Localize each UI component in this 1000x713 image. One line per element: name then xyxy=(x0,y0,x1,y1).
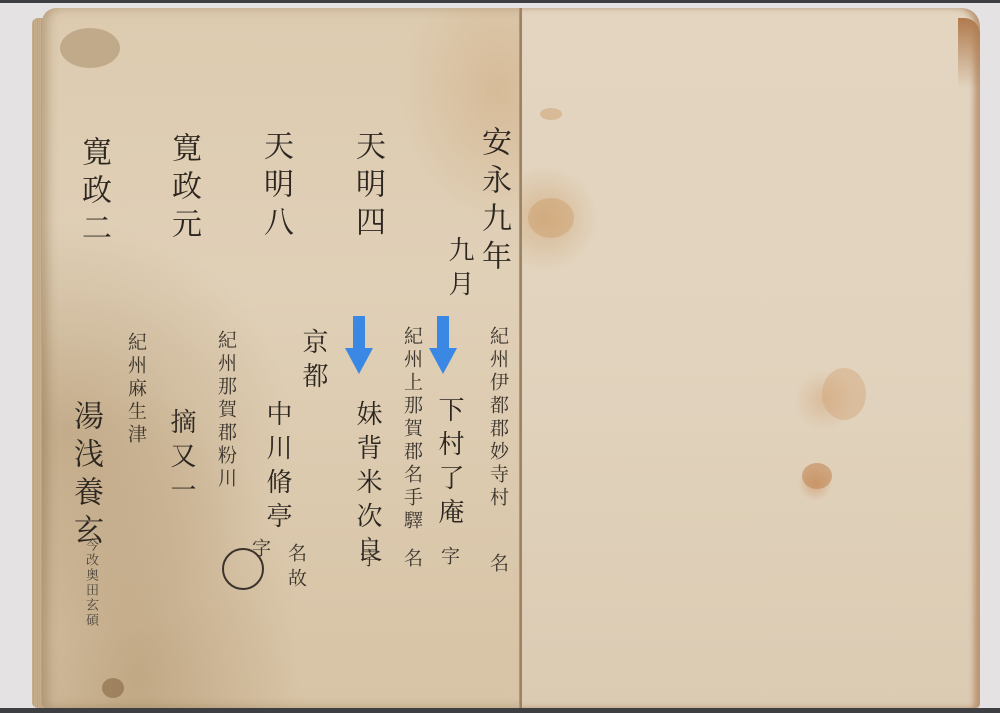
entry-4-era-date: 寛政元 xyxy=(168,132,198,246)
stain xyxy=(528,198,574,238)
entry-3-note-mid: 故 xyxy=(286,568,305,591)
right-page-blank xyxy=(522,8,980,708)
entry-5-origin: 紀州麻生津 xyxy=(126,332,145,447)
bottom-frame-bar xyxy=(0,708,1000,713)
entry-2-name: 妹背米次良 xyxy=(354,400,380,570)
entry-5-era-date: 寛政二 xyxy=(78,136,108,250)
arrow-down-icon xyxy=(429,316,457,376)
entry-3-note-top: 名 xyxy=(286,543,305,566)
stain xyxy=(540,108,562,120)
entry-1-origin-note: 名 xyxy=(488,553,507,576)
entry-1-secondary-origin: 紀州上那賀郡名手驛 xyxy=(402,326,421,533)
stain xyxy=(822,368,866,420)
top-frame-bar xyxy=(0,0,1000,3)
arrow-down-icon xyxy=(345,316,373,376)
open-book: 安永九年 九月 紀州伊都郡妙寺村 名 下村了庵 字 紀州上那賀郡名手驛 名 天明… xyxy=(32,8,980,708)
arrow-shaft xyxy=(353,316,365,350)
entry-1-month: 九月 xyxy=(446,236,472,304)
entry-5-name: 湯浅養玄 xyxy=(70,400,100,552)
entry-3-era-date: 天明八 xyxy=(260,130,290,244)
entry-5-name-note: 今改奥田玄碩 xyxy=(84,538,97,628)
entry-1-name-note: 字 xyxy=(439,546,458,569)
stain xyxy=(102,678,124,698)
arrow-head xyxy=(345,348,373,374)
entry-1-secondary-note: 名 xyxy=(402,548,421,571)
stain xyxy=(60,28,120,68)
entry-1-origin: 紀州伊都郡妙寺村 xyxy=(488,326,507,510)
arrow-head xyxy=(429,348,457,374)
worn-corner xyxy=(958,18,980,88)
entry-3-origin: 京都 xyxy=(300,328,326,396)
entry-2-era-date: 天明四 xyxy=(352,130,382,244)
stain xyxy=(802,463,832,489)
entry-3-name: 中川脩亭 xyxy=(264,400,290,536)
seal-circle-mark xyxy=(222,548,264,590)
entry-1-era-date: 安永九年 xyxy=(478,126,508,278)
entry-4-origin: 紀州那賀郡粉川 xyxy=(216,330,235,491)
entry-2-name-note: 字 xyxy=(358,548,377,571)
entry-1-name: 下村了庵 xyxy=(436,396,462,532)
arrow-shaft xyxy=(437,316,449,350)
entry-4-name: 摘又一 xyxy=(168,408,194,510)
